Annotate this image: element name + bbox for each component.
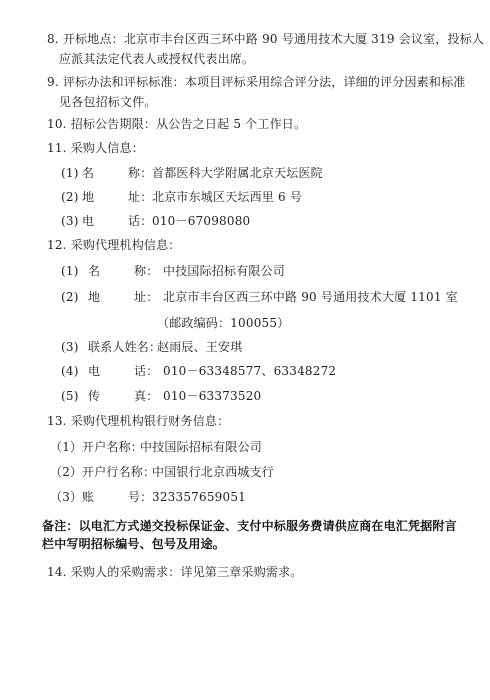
item12-row5-label-a: 传	[88, 389, 100, 403]
item13-row3-label-b: 号：	[128, 490, 152, 504]
item12-row4-label-b: 话：	[134, 364, 158, 378]
item13-heading: 13. 采购代理机构银行财务信息：	[47, 414, 229, 428]
item11-row2-label-b: 址：	[128, 190, 152, 204]
item11-row2-num: (2)	[61, 190, 79, 204]
item11-heading: 11. 采购人信息：	[47, 141, 144, 155]
item11-row3-value: 010－67098080	[152, 214, 250, 228]
item12-row4-value: 010－63348577、63348272	[163, 364, 336, 378]
item8-line2: 应派其法定代表人或授权代表出席。	[59, 52, 254, 66]
item12-row1-num: (1)	[61, 264, 79, 278]
item11-row1-label-b: 称：	[128, 166, 152, 180]
item9-line1: 9. 评标办法和评标标准：本项目评标采用综合评分法，详细的评分因素和标准	[47, 75, 465, 89]
item12-row3-value: 赵雨辰、王安琪	[157, 340, 242, 354]
item12-row4-num: (4)	[61, 364, 79, 378]
item12-row2-num: (2)	[61, 290, 79, 304]
item8-line1: 8. 开标地点：北京市丰台区西三环中路 90 号通用技术大厦 319 会议室，投…	[47, 32, 484, 46]
item13-row1-value: 中技国际招标有限公司	[140, 440, 262, 454]
item13-row3-num: （3）	[50, 490, 82, 504]
item12-row1-label-b: 称：	[134, 264, 158, 278]
item12-row4-label-a: 电	[88, 364, 100, 378]
item12-row2-value: 北京市丰台区西三环中路 90 号通用技术大厦 1101 室	[163, 290, 458, 304]
item12-row2-label-a: 地	[88, 290, 100, 304]
item13-row2-value: 中国银行北京西城支行	[152, 465, 274, 479]
item12-row1-value: 中技国际招标有限公司	[163, 264, 285, 278]
item13-row2-label: 开户行名称：	[82, 465, 155, 479]
item11-row1-value: 首都医科大学附属北京天坛医院	[152, 166, 323, 180]
item12-postal-code: （邮政编码：100055）	[157, 316, 289, 330]
note-line2: 栏中写明招标编号、包号及用途。	[42, 537, 225, 551]
note-line1: 备注：以电汇方式递交投标保证金、支付中标服务费请供应商在电汇凭据附言	[42, 519, 457, 533]
item12-row5-value: 010－63373520	[163, 389, 261, 403]
item12-row2-label-b: 址：	[134, 290, 158, 304]
item12-row5-num: (5)	[61, 389, 79, 403]
item13-row1-num: （1）	[50, 440, 82, 454]
item12-row1-label-a: 名	[88, 264, 100, 278]
item14: 14. 采购人的采购需求：详见第三章采购需求。	[47, 565, 303, 579]
item11-row3-num: (3)	[61, 214, 79, 228]
item10: 10. 招标公告期限：从公告之日起 5 个工作日。	[47, 117, 306, 131]
item9-line2: 见各包招标文件。	[59, 95, 157, 109]
item11-row1-num: (1)	[61, 166, 79, 180]
item13-row1-label: 开户名称：	[82, 440, 143, 454]
item12-row3-num: (3)	[61, 340, 79, 354]
item11-row1-label-a: 名	[82, 166, 94, 180]
item11-row2-label-a: 地	[82, 190, 94, 204]
item13-row3-value: 323357659051	[152, 490, 246, 504]
item13-row3-label-a: 账	[82, 490, 94, 504]
item12-row5-label-b: 真：	[134, 389, 158, 403]
item12-heading: 12. 采购代理机构信息：	[47, 238, 181, 252]
item11-row3-label-b: 话：	[128, 214, 152, 228]
item11-row2-value: 北京市东城区天坛西里 6 号	[152, 190, 302, 204]
item12-row3-label: 联系人姓名：	[88, 340, 161, 354]
item13-row2-num: （2）	[50, 465, 82, 479]
item11-row3-label-a: 电	[82, 214, 94, 228]
